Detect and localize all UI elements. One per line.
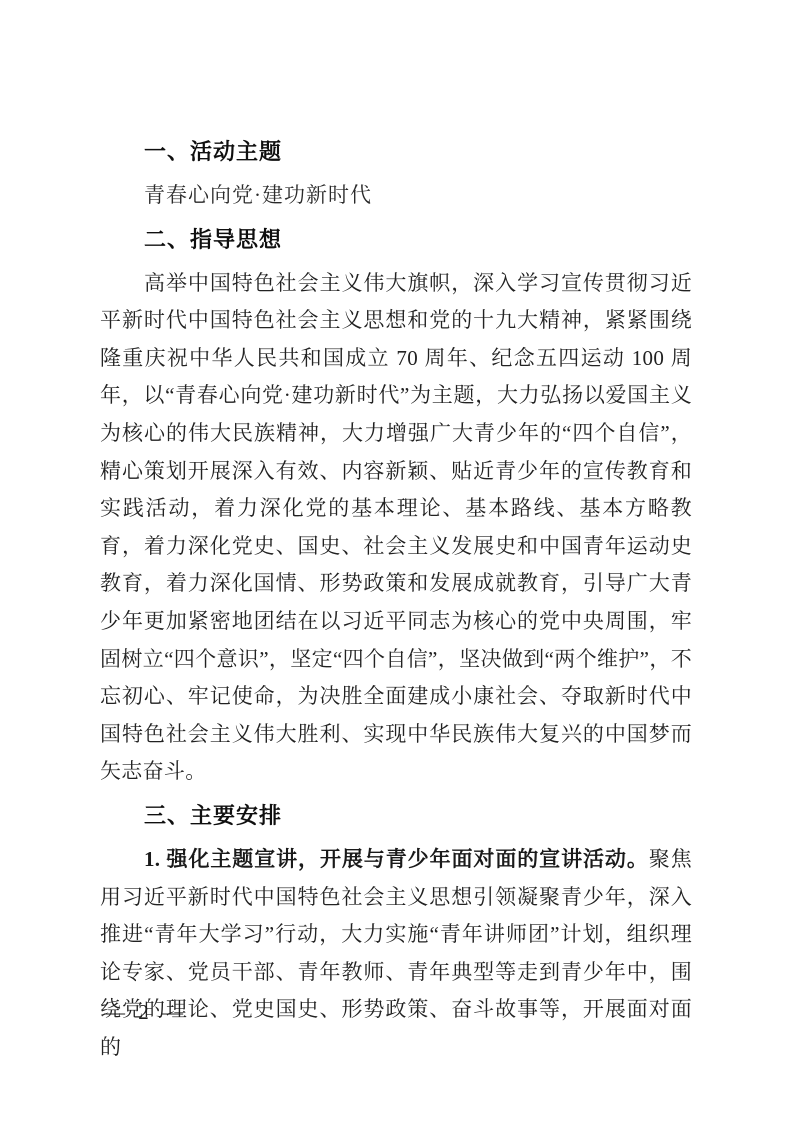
page-number: — 2 — <box>104 1000 187 1025</box>
arrangement-item-1-lead: 1. 强化主题宣讲，开展与青少年面对面的宣讲活动。 <box>144 847 649 871</box>
heading-activity-theme: 一、活动主题 <box>100 137 692 167</box>
heading-main-arrangements: 三、主要安排 <box>100 801 692 831</box>
document-page: 一、活动主题青春心向党·建功新时代二、指导思想高举中国特色社会主义伟大旗帜，深入… <box>0 0 793 1122</box>
guiding-ideology-paragraph: 高举中国特色社会主义伟大旗帜，深入学习宣传贯彻习近平新时代中国特色社会主义思想和… <box>100 265 692 791</box>
activity-theme-line: 青春心向党·建功新时代 <box>100 177 692 215</box>
arrangement-item-1: 1. 强化主题宣讲，开展与青少年面对面的宣讲活动。聚焦用习近平新时代中国特色社会… <box>100 841 692 1067</box>
document-content: 一、活动主题青春心向党·建功新时代二、指导思想高举中国特色社会主义伟大旗帜，深入… <box>100 137 692 1066</box>
heading-guiding-ideology: 二、指导思想 <box>100 225 692 255</box>
